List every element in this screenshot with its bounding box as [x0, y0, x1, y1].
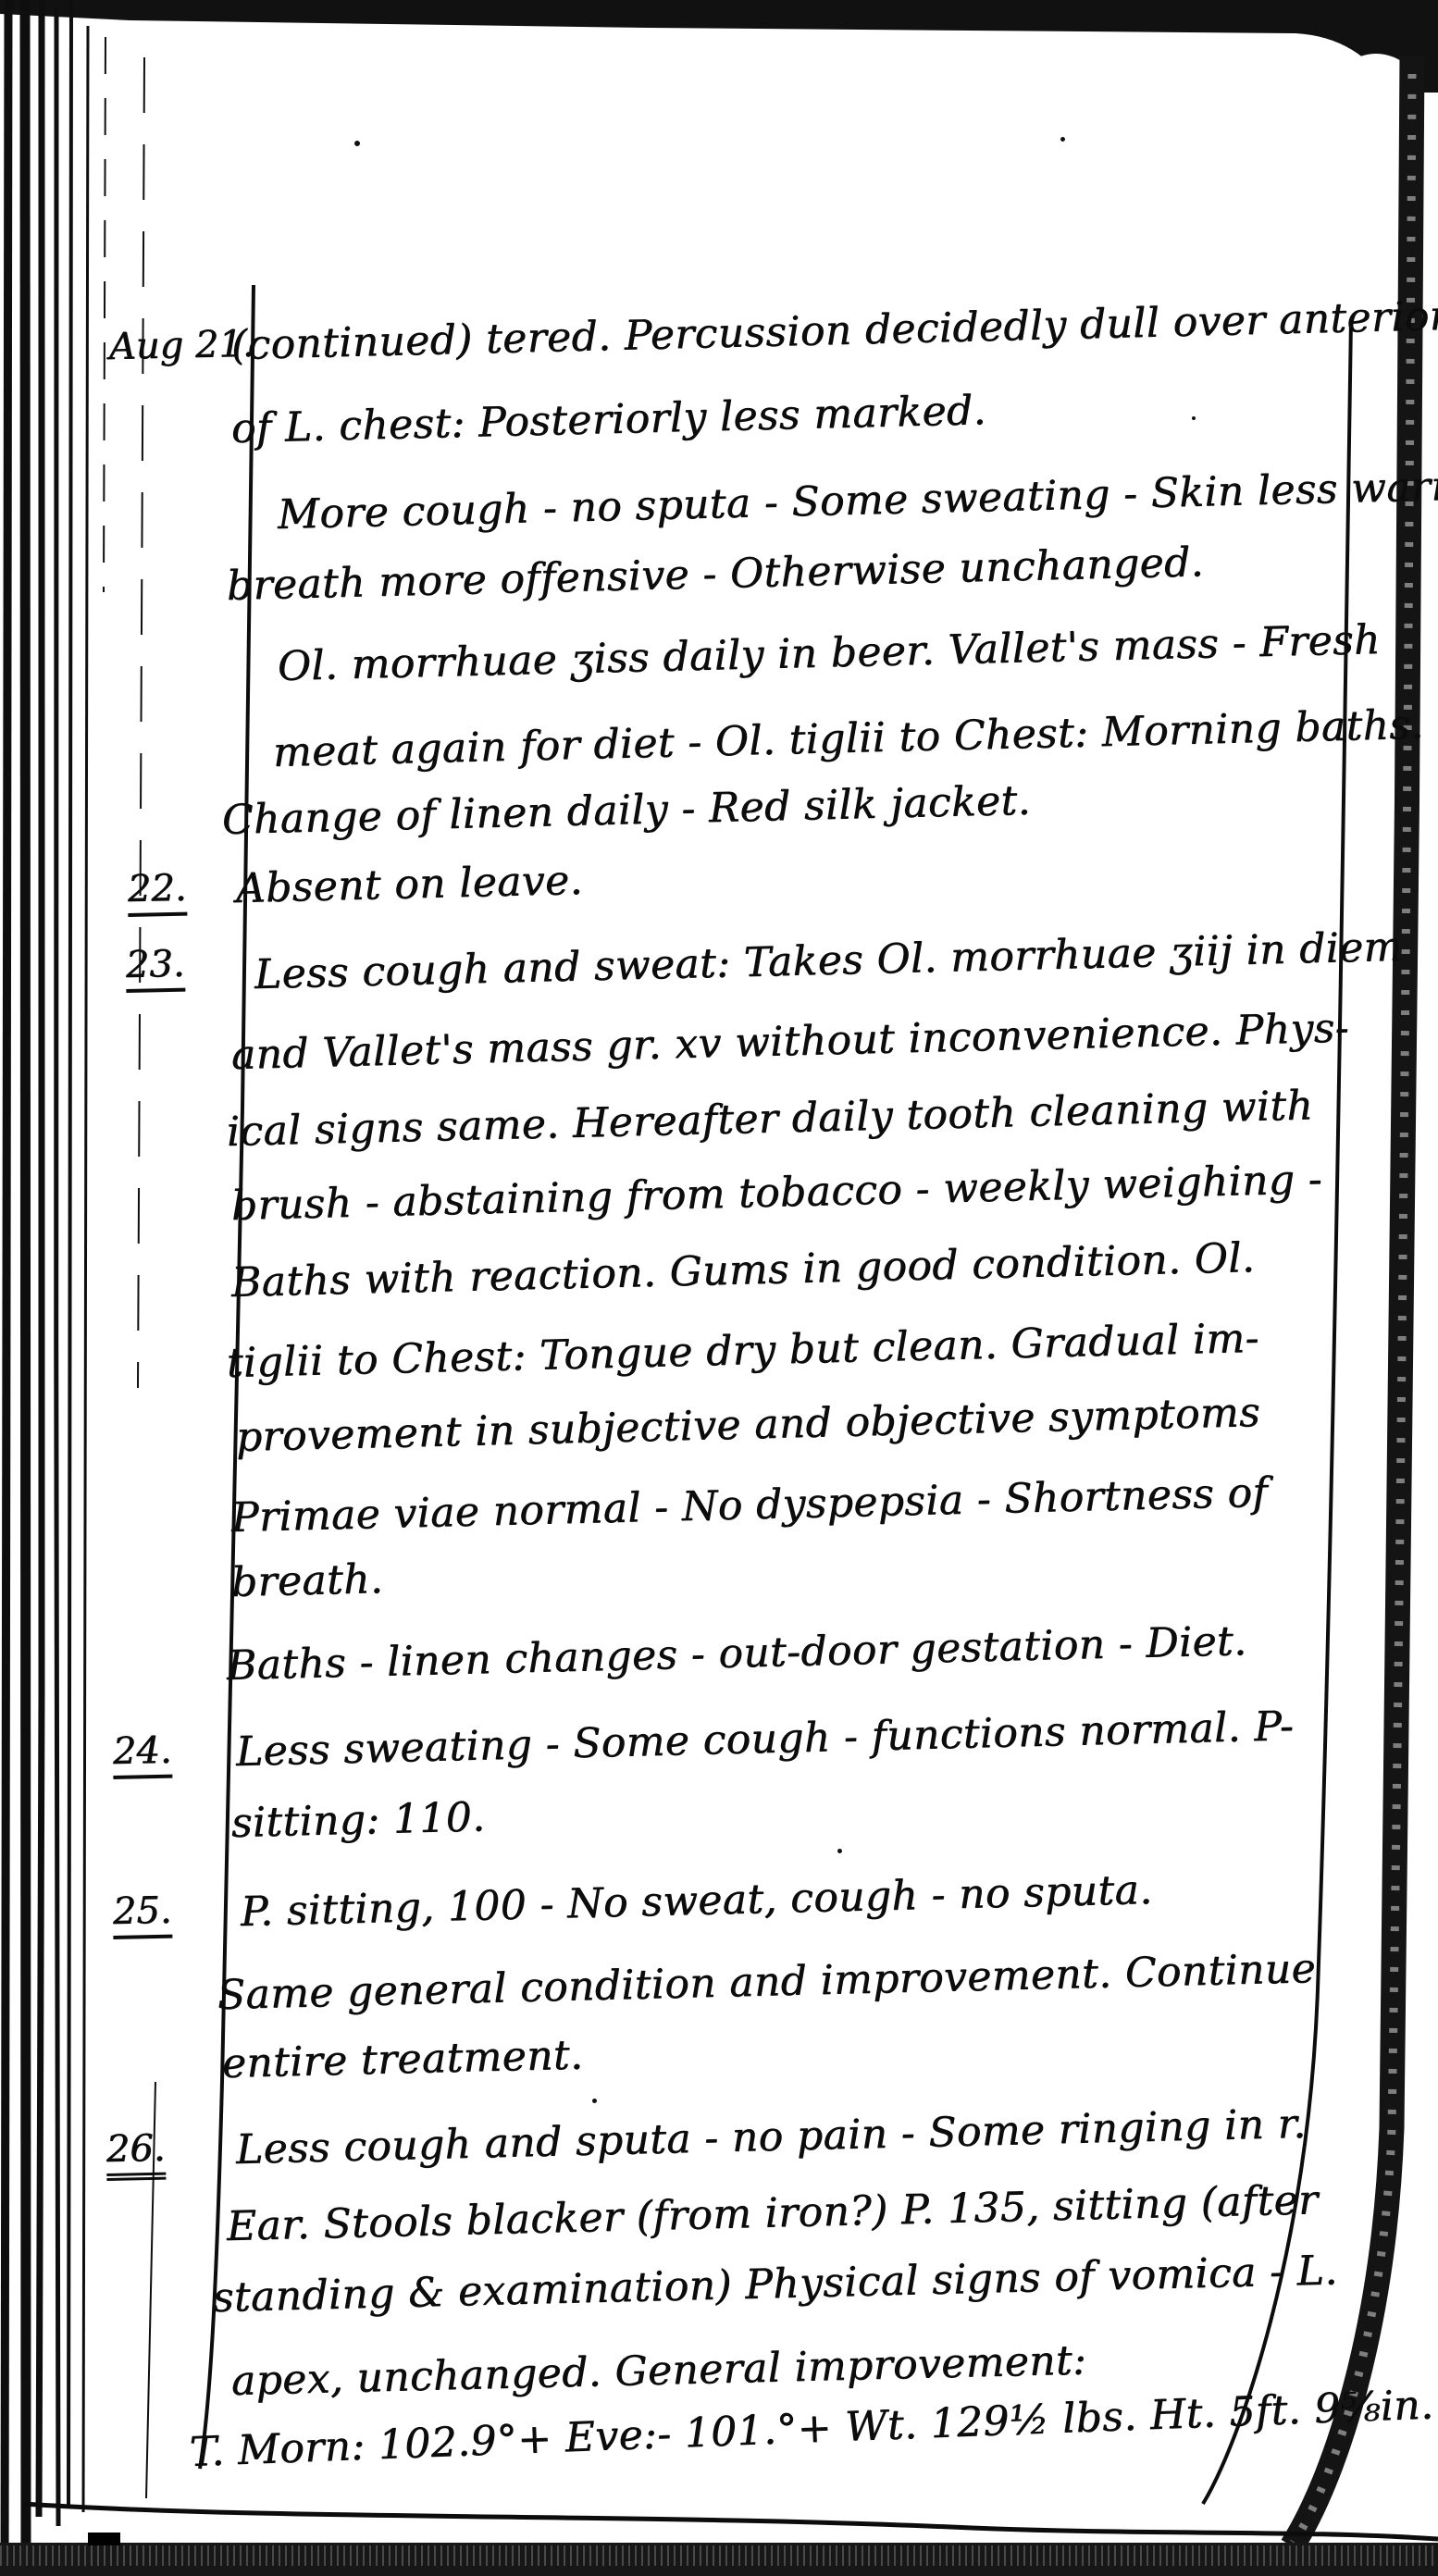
bottom-page-edge — [23, 2504, 1438, 2539]
journal-line: entire treatment. — [221, 2033, 584, 2087]
top-edge-band — [0, 0, 1438, 93]
entry-date-label: 25. — [112, 1889, 172, 1939]
entry-date-label: 23. — [125, 943, 185, 993]
scan-speckle — [837, 1849, 842, 1853]
journal-line: sitting: 110. — [230, 1795, 486, 1846]
left-page-edges — [5, 0, 155, 2576]
entry-date-label: 22. — [127, 867, 187, 917]
scan-speckle — [592, 2099, 597, 2103]
scanned-journal-page: Aug 21. 22. 23. 24. 25. 26. (continued) … — [0, 0, 1438, 2576]
entry-date-label: 24. — [112, 1729, 172, 1779]
journal-line: breath. — [230, 1557, 383, 1605]
journal-line: Absent on leave. — [235, 859, 583, 912]
scan-speckle — [354, 141, 360, 146]
scan-speckle — [1060, 137, 1065, 142]
scan-speckle — [1192, 416, 1196, 420]
entry-date-label: 26. — [105, 2127, 166, 2181]
right-edge-strip — [1292, 56, 1412, 2546]
